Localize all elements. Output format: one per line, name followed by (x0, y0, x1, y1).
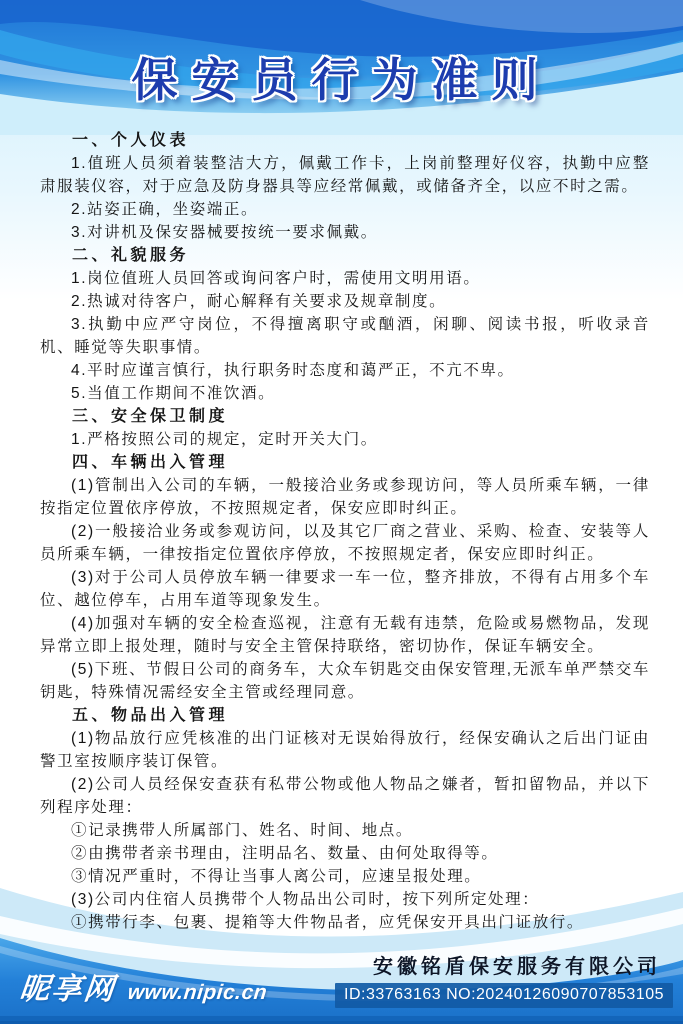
page-title: 保安员行为准则 (0, 44, 683, 110)
section-heading: 五、物品出入管理 (40, 704, 650, 727)
rule-item: (5)下班、节假日公司的商务车，大众车钥匙交由保安管理,无派车单严禁交车钥匙，特… (40, 658, 650, 704)
rules-list: 一、个人仪表1.值班人员须着装整洁大方，佩戴工作卡，上岗前整理好仪容，执勤中应整… (40, 129, 650, 934)
watermark-site-name: 昵享网 (18, 973, 117, 1006)
rule-item: 1.值班人员须着装整洁大方，佩戴工作卡，上岗前整理好仪容，执勤中应整肃服装仪容，… (40, 152, 650, 198)
rule-item: ③情况严重时，不得让当事人离公司，应速呈报处理。 (40, 865, 650, 888)
watermark-logo: 昵享网 www.nipic.cn (18, 964, 270, 1008)
section-heading: 四、车辆出入管理 (40, 451, 650, 474)
section-heading: 一、个人仪表 (40, 129, 650, 152)
rule-item: 4.平时应谨言慎行，执行职务时态度和蔼严正，不亢不卑。 (40, 359, 650, 382)
rule-item: (1)管制出入公司的车辆，一般接洽业务或参现访问，等人员所乘车辆，一律按指定位置… (40, 474, 650, 520)
rule-item: (1)物品放行应凭核准的出门证核对无误始得放行，经保安确认之后出门证由警卫室按顺… (40, 727, 650, 773)
rule-item: 1.岗位值班人员回答或询问客户时，需使用文明用语。 (40, 267, 650, 290)
rule-item: (2)一般接洽业务或参观访问，以及其它厂商之营业、采购、检查、安装等人员所乘车辆… (40, 520, 650, 566)
watermark-site-url: www.nipic.cn (127, 981, 269, 1004)
rule-item: ①记录携带人所属部门、姓名、时间、地点。 (40, 819, 650, 842)
company-name: 安徽铭盾保安服务有限公司 (373, 950, 661, 979)
id-badge: ID:33763163 NO:20240126090707853105 (335, 983, 673, 1008)
rule-item: (3)对于公司人员停放车辆一律要求一车一位，整齐排放，不得有占用多个车位、越位停… (40, 566, 650, 612)
section-heading: 三、安全保卫制度 (40, 405, 650, 428)
rule-item: 1.严格按照公司的规定，定时开关大门。 (40, 428, 650, 451)
section-heading: 二、礼貌服务 (40, 244, 650, 267)
rule-item: 2.热诚对待客户，耐心解释有关要求及规章制度。 (40, 290, 650, 313)
rule-item: ②由携带者亲书理由，注明品名、数量、由何处取得等。 (40, 842, 650, 865)
poster: 保安员行为准则 一、个人仪表1.值班人员须着装整洁大方，佩戴工作卡，上岗前整理好… (0, 0, 683, 1024)
rule-item: (2)公司人员经保安查获有私带公物或他人物品之嫌者，暂扣留物品，并以下列程序处理… (40, 773, 650, 819)
rule-item: 3.执勤中应严守岗位，不得擅离职守或酗酒，闲聊、阅读书报，听收录音机、睡觉等失职… (40, 313, 650, 359)
rule-item: 5.当值工作期间不准饮酒。 (40, 382, 650, 405)
rule-item: ①携带行李、包裹、提箱等大件物品者，应凭保安开具出门证放行。 (40, 911, 650, 934)
rule-item: (3)公司内住宿人员携带个人物品出公司时，按下列所定处理： (40, 888, 650, 911)
rule-item: 2.站姿正确，坐姿端正。 (40, 198, 650, 221)
rule-item: (4)加强对车辆的安全检查巡视，注意有无载有违禁，危险或易燃物品，发现异常立即上… (40, 612, 650, 658)
rule-item: 3.对讲机及保安器械要按统一要求佩戴。 (40, 221, 650, 244)
